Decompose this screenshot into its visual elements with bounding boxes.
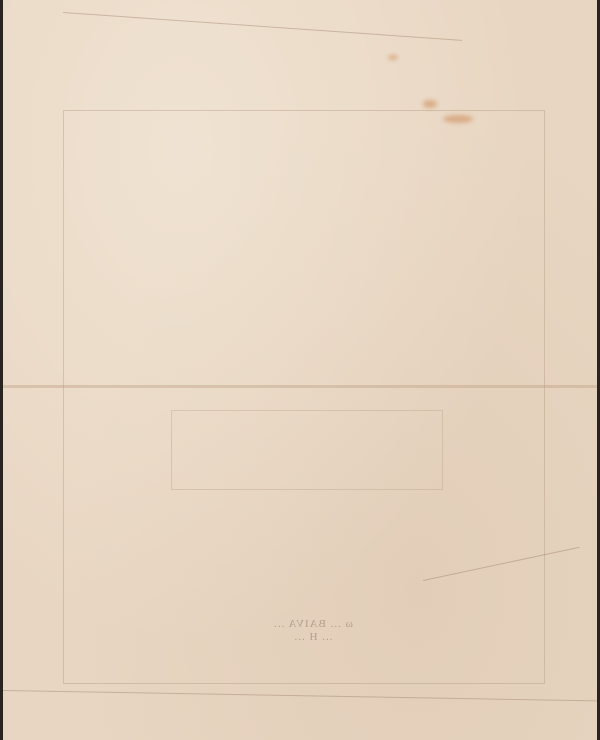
foxing-stain xyxy=(388,55,398,60)
top-crease xyxy=(63,12,462,41)
plate-mark xyxy=(63,110,545,684)
caption-line: ω ... BAIVA ... xyxy=(183,618,443,631)
foxing-stain xyxy=(423,100,437,108)
inner-frame-show-through xyxy=(171,410,443,490)
center-fold xyxy=(3,385,597,388)
show-through-caption: ω ... BAIVA ... ... H ... xyxy=(183,618,443,644)
caption-line: ... H ... xyxy=(183,631,443,644)
bottom-crease xyxy=(3,690,597,701)
paper-sheet: ω ... BAIVA ... ... H ... xyxy=(3,0,597,740)
foxing-stain xyxy=(443,115,473,123)
